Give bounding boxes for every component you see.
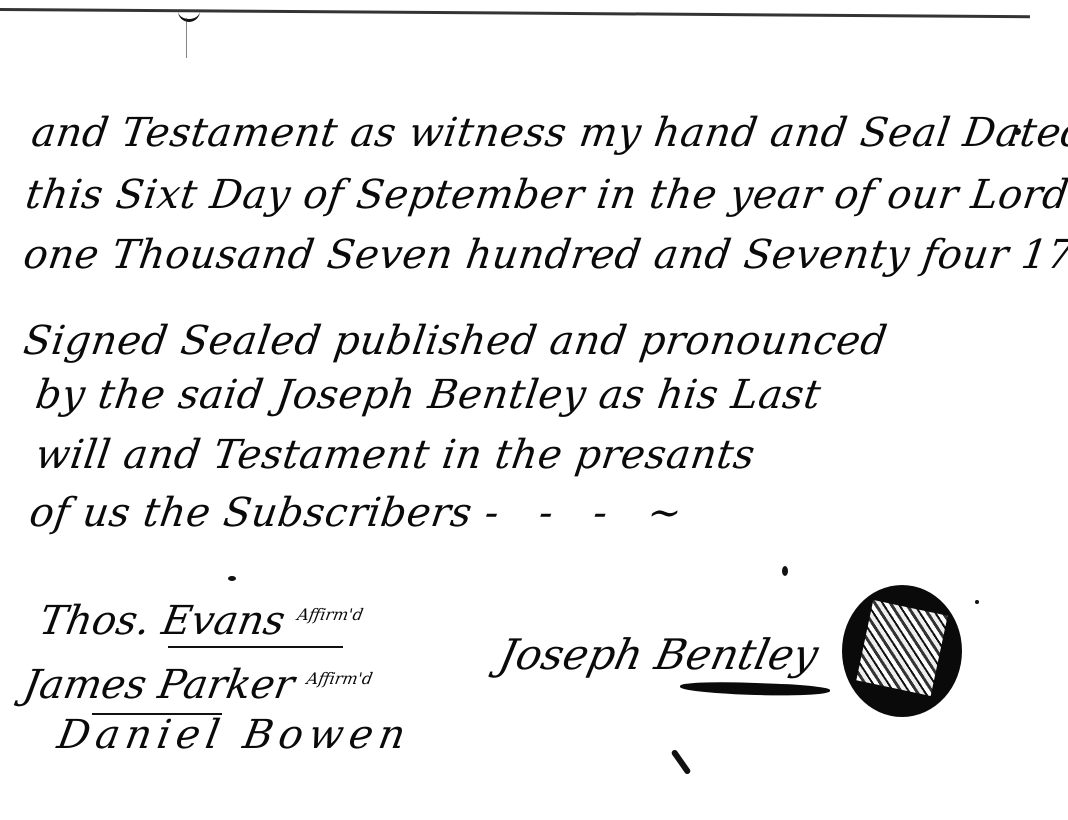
body-line-1: and Testament as witness my hand and Sea… xyxy=(29,110,1068,156)
witness-name: Daniel Bowen xyxy=(54,712,415,758)
ink-speck xyxy=(975,600,979,604)
fold-line xyxy=(186,18,187,58)
attestation-line-4-text: of us the Subscribers xyxy=(27,490,475,536)
witness-name: James Parker xyxy=(20,662,298,708)
witness-affirmation: Affirm'd xyxy=(305,669,374,688)
witness-signature-1: Thos. EvansAffirm'd xyxy=(36,598,366,644)
signature-flourish xyxy=(680,680,830,697)
ink-speck xyxy=(1014,128,1021,135)
ink-speck xyxy=(228,576,236,581)
body-line-2: this Sixt Day of September in the year o… xyxy=(23,172,1068,218)
attestation-line-2: by the said Joseph Bentley as his Last xyxy=(33,372,824,418)
line-filler-dashes: - - - ~ xyxy=(482,490,699,536)
page-tear-mark xyxy=(178,5,200,22)
witness-signature-2: James ParkerAffirm'd xyxy=(20,662,375,708)
ink-speck xyxy=(782,566,788,576)
witness-signature-3: Daniel Bowen xyxy=(54,712,415,758)
attestation-line-3: will and Testament in the presants xyxy=(33,432,758,478)
witness-name: Thos. Evans xyxy=(36,598,289,644)
witness-affirmation: Affirm'd xyxy=(296,605,365,624)
seal-impression xyxy=(856,600,947,696)
attestation-line-1: Signed Sealed published and pronounced xyxy=(21,318,890,364)
testator-signature: Joseph Bentley xyxy=(495,630,823,679)
body-line-3: one Thousand Seven hundred and Seventy f… xyxy=(21,232,1068,278)
ink-stroke-mark xyxy=(671,749,692,775)
wax-seal-icon xyxy=(842,585,962,717)
signature-underline xyxy=(168,646,343,648)
attestation-line-4: of us the Subscribers - - - ~ xyxy=(27,490,699,536)
page-top-edge xyxy=(0,8,1030,18)
